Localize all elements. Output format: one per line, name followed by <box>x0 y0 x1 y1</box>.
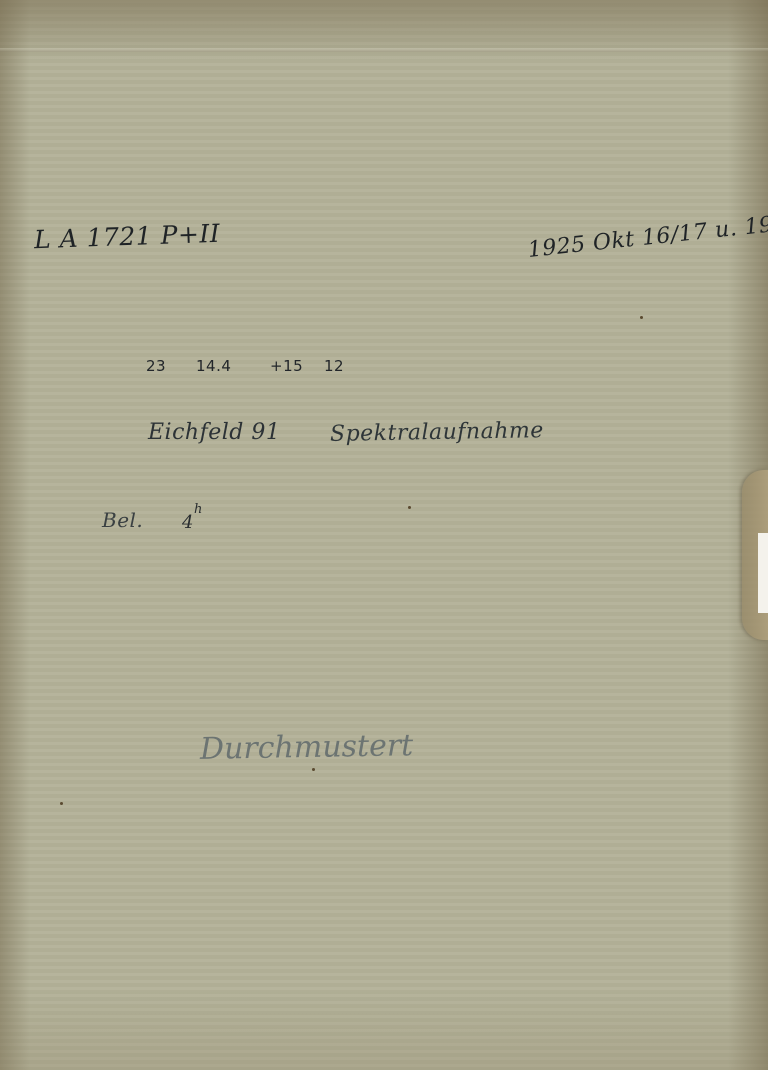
coordinate-value: 12 <box>324 357 344 375</box>
paper-speck <box>640 316 643 319</box>
paper-tab <box>758 533 768 613</box>
field-name: Eichfeld 91 <box>148 420 280 445</box>
exposure-value: 4h <box>182 510 203 533</box>
plate-reference: L A 1721 P+II <box>34 219 221 254</box>
plate-description: Spektralaufnahme <box>330 418 544 447</box>
exposure-label: Bel. <box>102 508 143 532</box>
paper-speck <box>312 768 315 771</box>
observation-date: 1925 Okt 16/17 u. 19/20 <box>527 208 768 263</box>
exposure-number: 4 <box>182 512 194 533</box>
document-sheet: L A 1721 P+II 1925 Okt 16/17 u. 19/20 23… <box>0 0 768 1070</box>
paper-fold <box>0 48 768 52</box>
coordinate-value: +15 <box>270 357 303 375</box>
paper-speck <box>60 802 63 805</box>
coordinate-value: 23 <box>146 357 166 375</box>
paper-speck <box>408 506 411 509</box>
pencil-annotation: Durchmustert <box>200 728 414 767</box>
coordinate-value: 14.4 <box>196 357 231 375</box>
exposure-unit: h <box>194 502 203 517</box>
